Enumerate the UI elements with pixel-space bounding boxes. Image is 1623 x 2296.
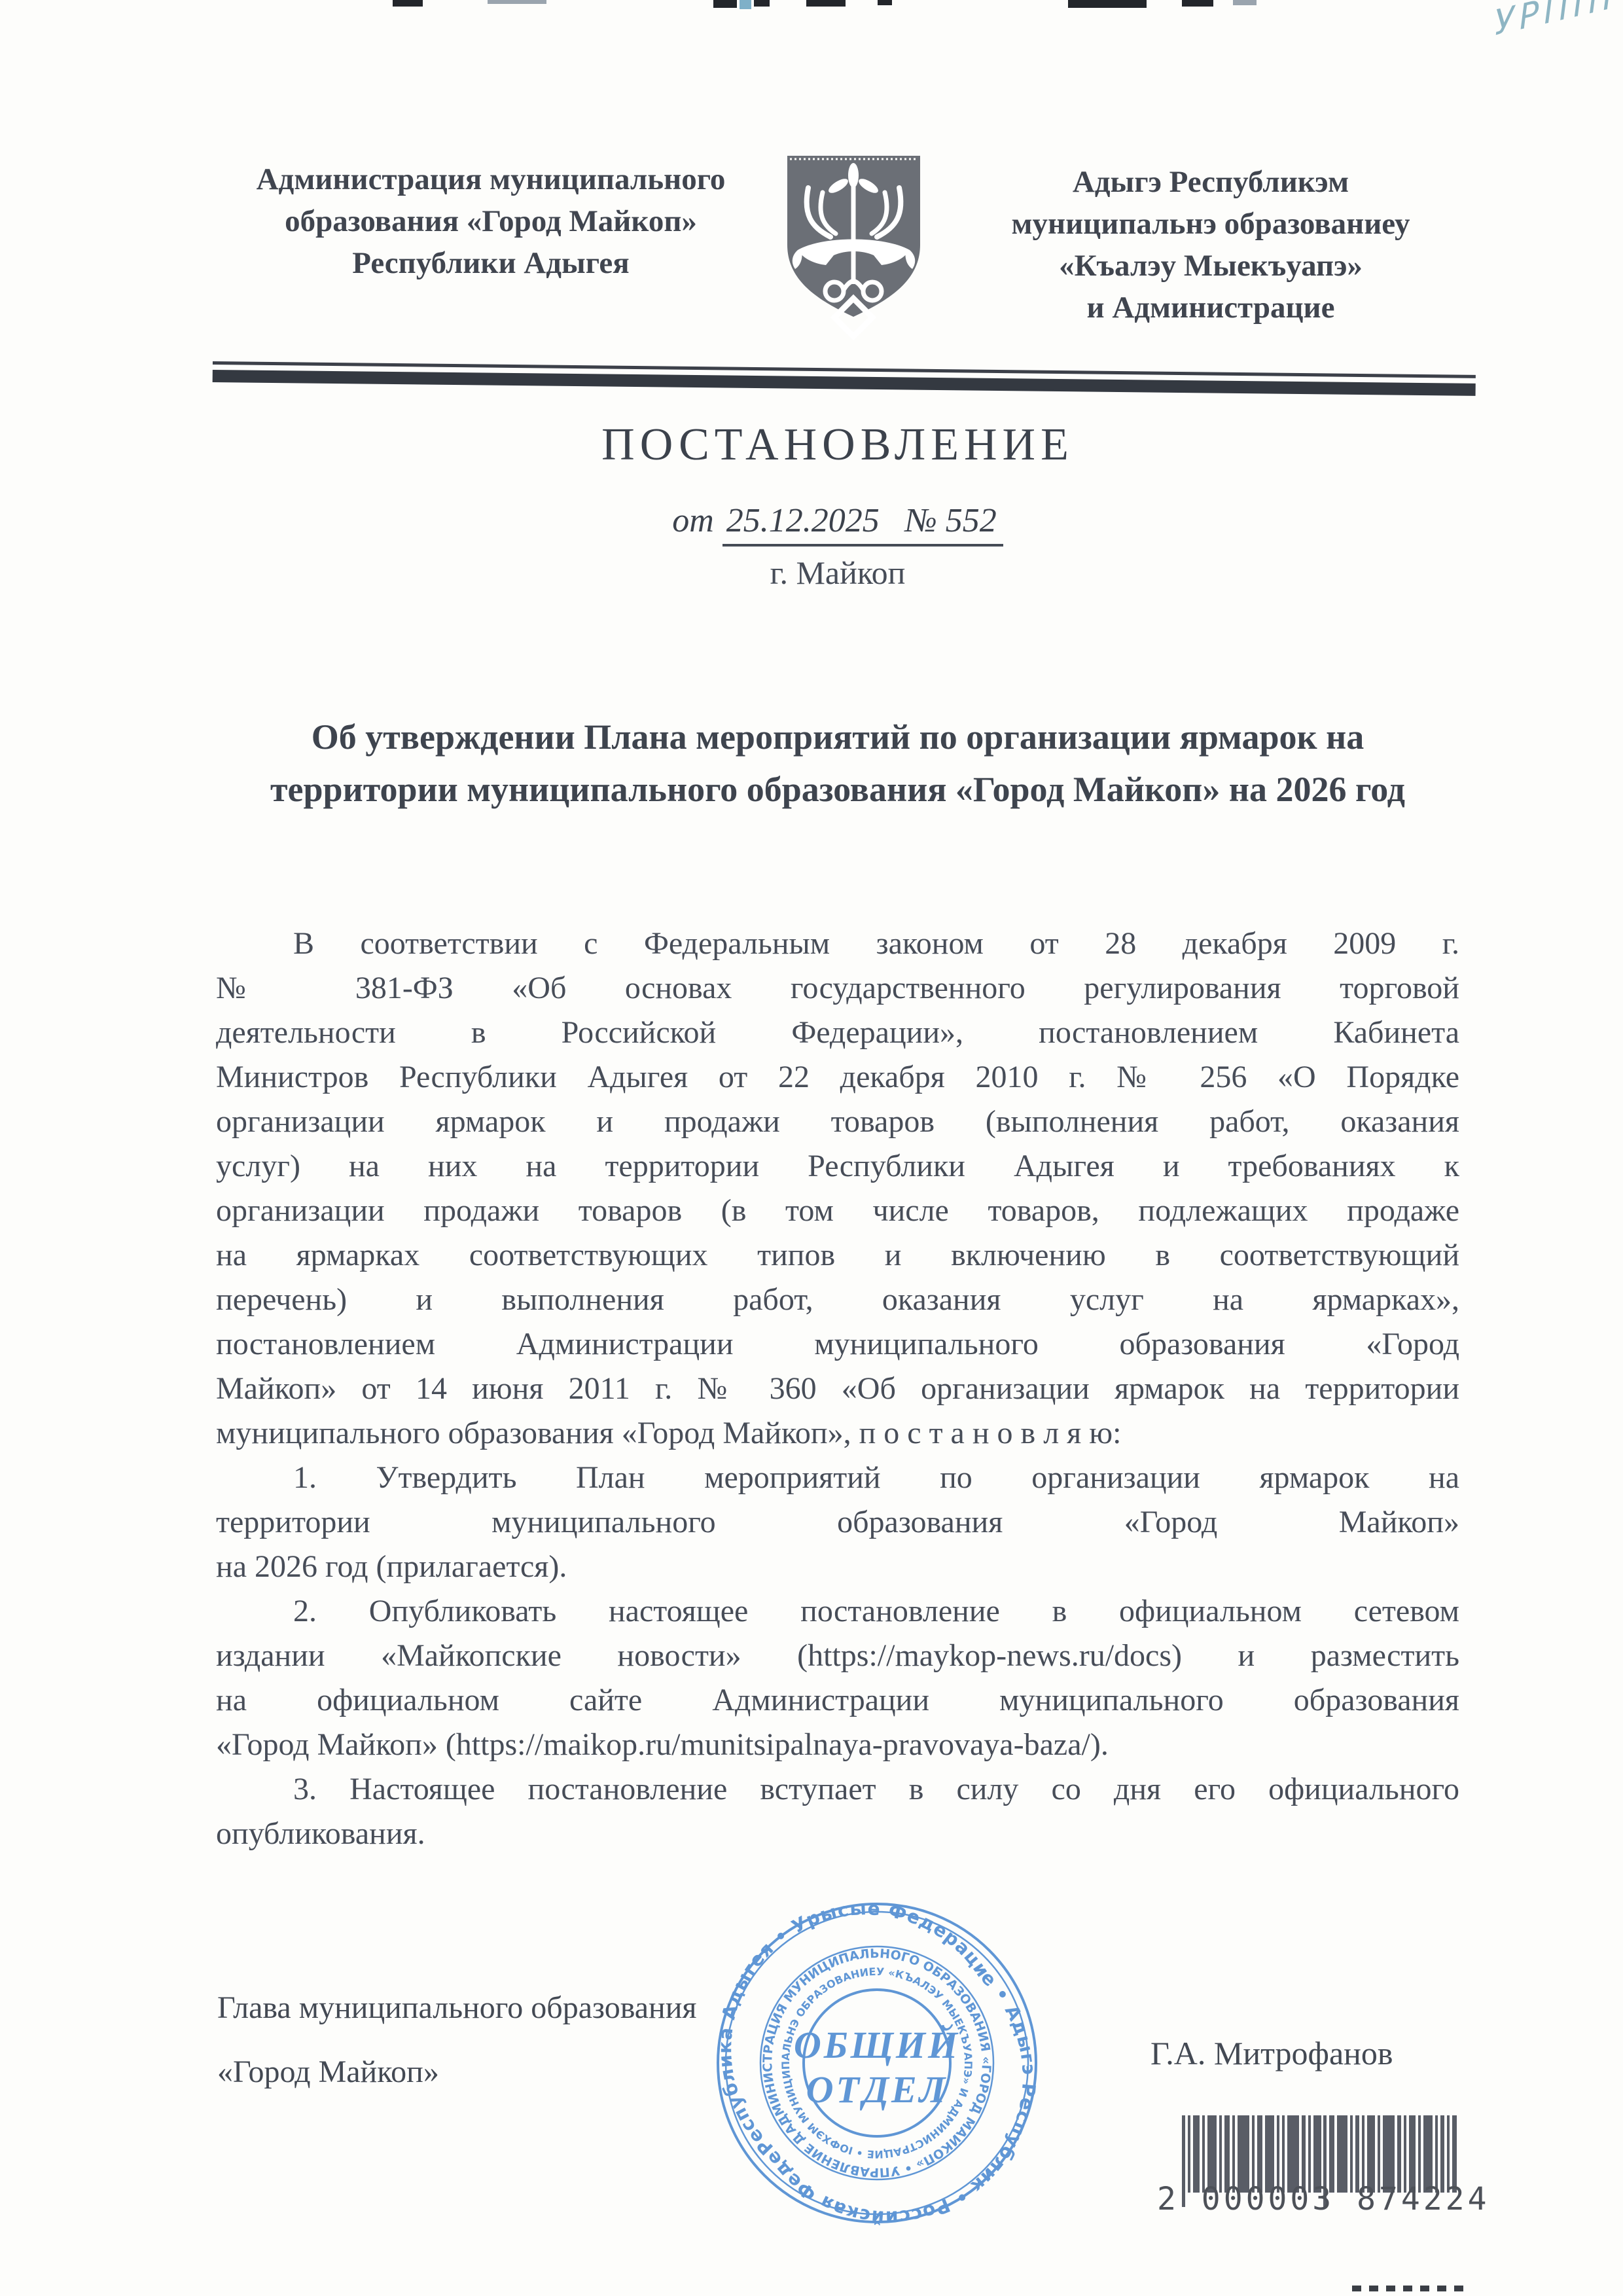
scan-artifact: [1233, 0, 1257, 5]
org-name-adyghe: Адыгэ Республикэм муниципальнэ образован…: [969, 161, 1453, 329]
scan-artifact: [1182, 0, 1213, 7]
org-name-line: и Администрацие: [969, 287, 1453, 329]
body-line: территории муниципального образования «Г…: [216, 1500, 1459, 1545]
body-line: 3. Настоящее постановление вступает в си…: [216, 1767, 1459, 1812]
scan-artifact: [713, 0, 737, 8]
scan-artifact: [754, 0, 770, 7]
scan-artifact: [740, 0, 751, 9]
body-paragraphs: В соответствии с Федеральным законом от …: [216, 922, 1459, 1856]
date-prefix: от: [672, 502, 714, 539]
body-line: Майкоп» от 14 июня 2011 г. № 360 «Об орг…: [216, 1367, 1459, 1411]
body-line: перечень) и выполнения работ, оказания у…: [216, 1278, 1459, 1322]
body-line: организации продажи товаров (в том числе…: [216, 1189, 1459, 1233]
scan-artifact: [1068, 0, 1147, 8]
stamp-center-text: ОТДЕЛ: [806, 2068, 948, 2111]
body-line: Министров Республики Адыгея от 22 декабр…: [216, 1055, 1459, 1100]
org-name-line: образования «Город Майкоп»: [223, 200, 759, 242]
body-line: муниципального образования «Город Майкоп…: [216, 1411, 1459, 1456]
body-line: на официальном сайте Администрации муниц…: [216, 1678, 1459, 1723]
subject-line: Об утверждении Плана мероприятий по орга…: [196, 711, 1479, 763]
doc-city: г. Майкоп: [216, 554, 1459, 592]
signature-title: «Город Майкоп»: [217, 2054, 439, 2090]
stamp-center-text: ОБЩИЙ: [794, 2024, 960, 2066]
body-line: издании «Майкопские новости» (https://ma…: [216, 1634, 1459, 1678]
emblem-stem: [851, 186, 856, 284]
body-line: на 2026 год (прилагается).: [216, 1545, 1459, 1589]
date-and-number: 25.12.2025 № 552: [722, 501, 1003, 547]
body-line: «Город Майкоп» (https://maikop.ru/munits…: [216, 1723, 1459, 1767]
doc-type-title: ПОСТАНОВЛЕНИЕ: [216, 419, 1459, 471]
body-line: № 381-ФЗ «Об основах государственного ре…: [216, 966, 1459, 1011]
subject-line: территории муниципального образования «Г…: [196, 763, 1479, 816]
body-line: организации ярмарок и продажи товаров (в…: [216, 1100, 1459, 1144]
scan-artifact: [878, 0, 892, 5]
letterhead-divider: [213, 361, 1476, 396]
body-line: 2. Опубликовать настоящее постановление …: [216, 1589, 1459, 1634]
signature-title: Глава муниципального образования: [217, 1990, 697, 2026]
scanned-decree-page: УРППР Администрация муниципального образ…: [0, 0, 1623, 2296]
office-stamp: Республика Адыгея • Урысые Федерацие • А…: [712, 1898, 1042, 2231]
body-line: постановлением Администрации муниципальн…: [216, 1322, 1459, 1367]
scan-artifact: [488, 0, 546, 4]
org-name-russian: Администрация муниципального образования…: [223, 158, 759, 284]
subject-heading: Об утверждении Плана мероприятий по орга…: [196, 711, 1479, 816]
signer-name: Г.А. Митрофанов: [1150, 2034, 1393, 2072]
body-line: на ярмарках соответствующих типов и вклю…: [216, 1233, 1459, 1278]
emblem-leaf: [848, 163, 859, 188]
org-name-line: Администрация муниципального: [223, 158, 759, 200]
maykop-emblem-icon: [783, 152, 924, 349]
org-name-line: Адыгэ Республикэм: [969, 161, 1453, 203]
org-name-line: Республики Адыгея: [223, 242, 759, 284]
org-name-line: муниципальнэ образованиеу: [969, 203, 1453, 245]
doc-date-line: от 25.12.2025 № 552: [216, 501, 1459, 547]
barcode-digits: 2 000003 874224: [1157, 2181, 1497, 2217]
handwritten-note: УРППР: [1493, 0, 1623, 44]
body-line: опубликования.: [216, 1812, 1459, 1856]
scan-artifact: [393, 0, 423, 7]
body-line: услуг) на них на территории Республики А…: [216, 1144, 1459, 1189]
org-name-line: «Къалэу Мыекъуапэ»: [969, 245, 1453, 287]
scan-artifact: [1352, 2286, 1463, 2291]
body-line: деятельности в Российской Федерации», по…: [216, 1011, 1459, 1055]
body-line: В соответствии с Федеральным законом от …: [216, 922, 1459, 966]
scan-artifact: [806, 0, 846, 7]
body-line: 1. Утвердить План мероприятий по организ…: [216, 1456, 1459, 1500]
